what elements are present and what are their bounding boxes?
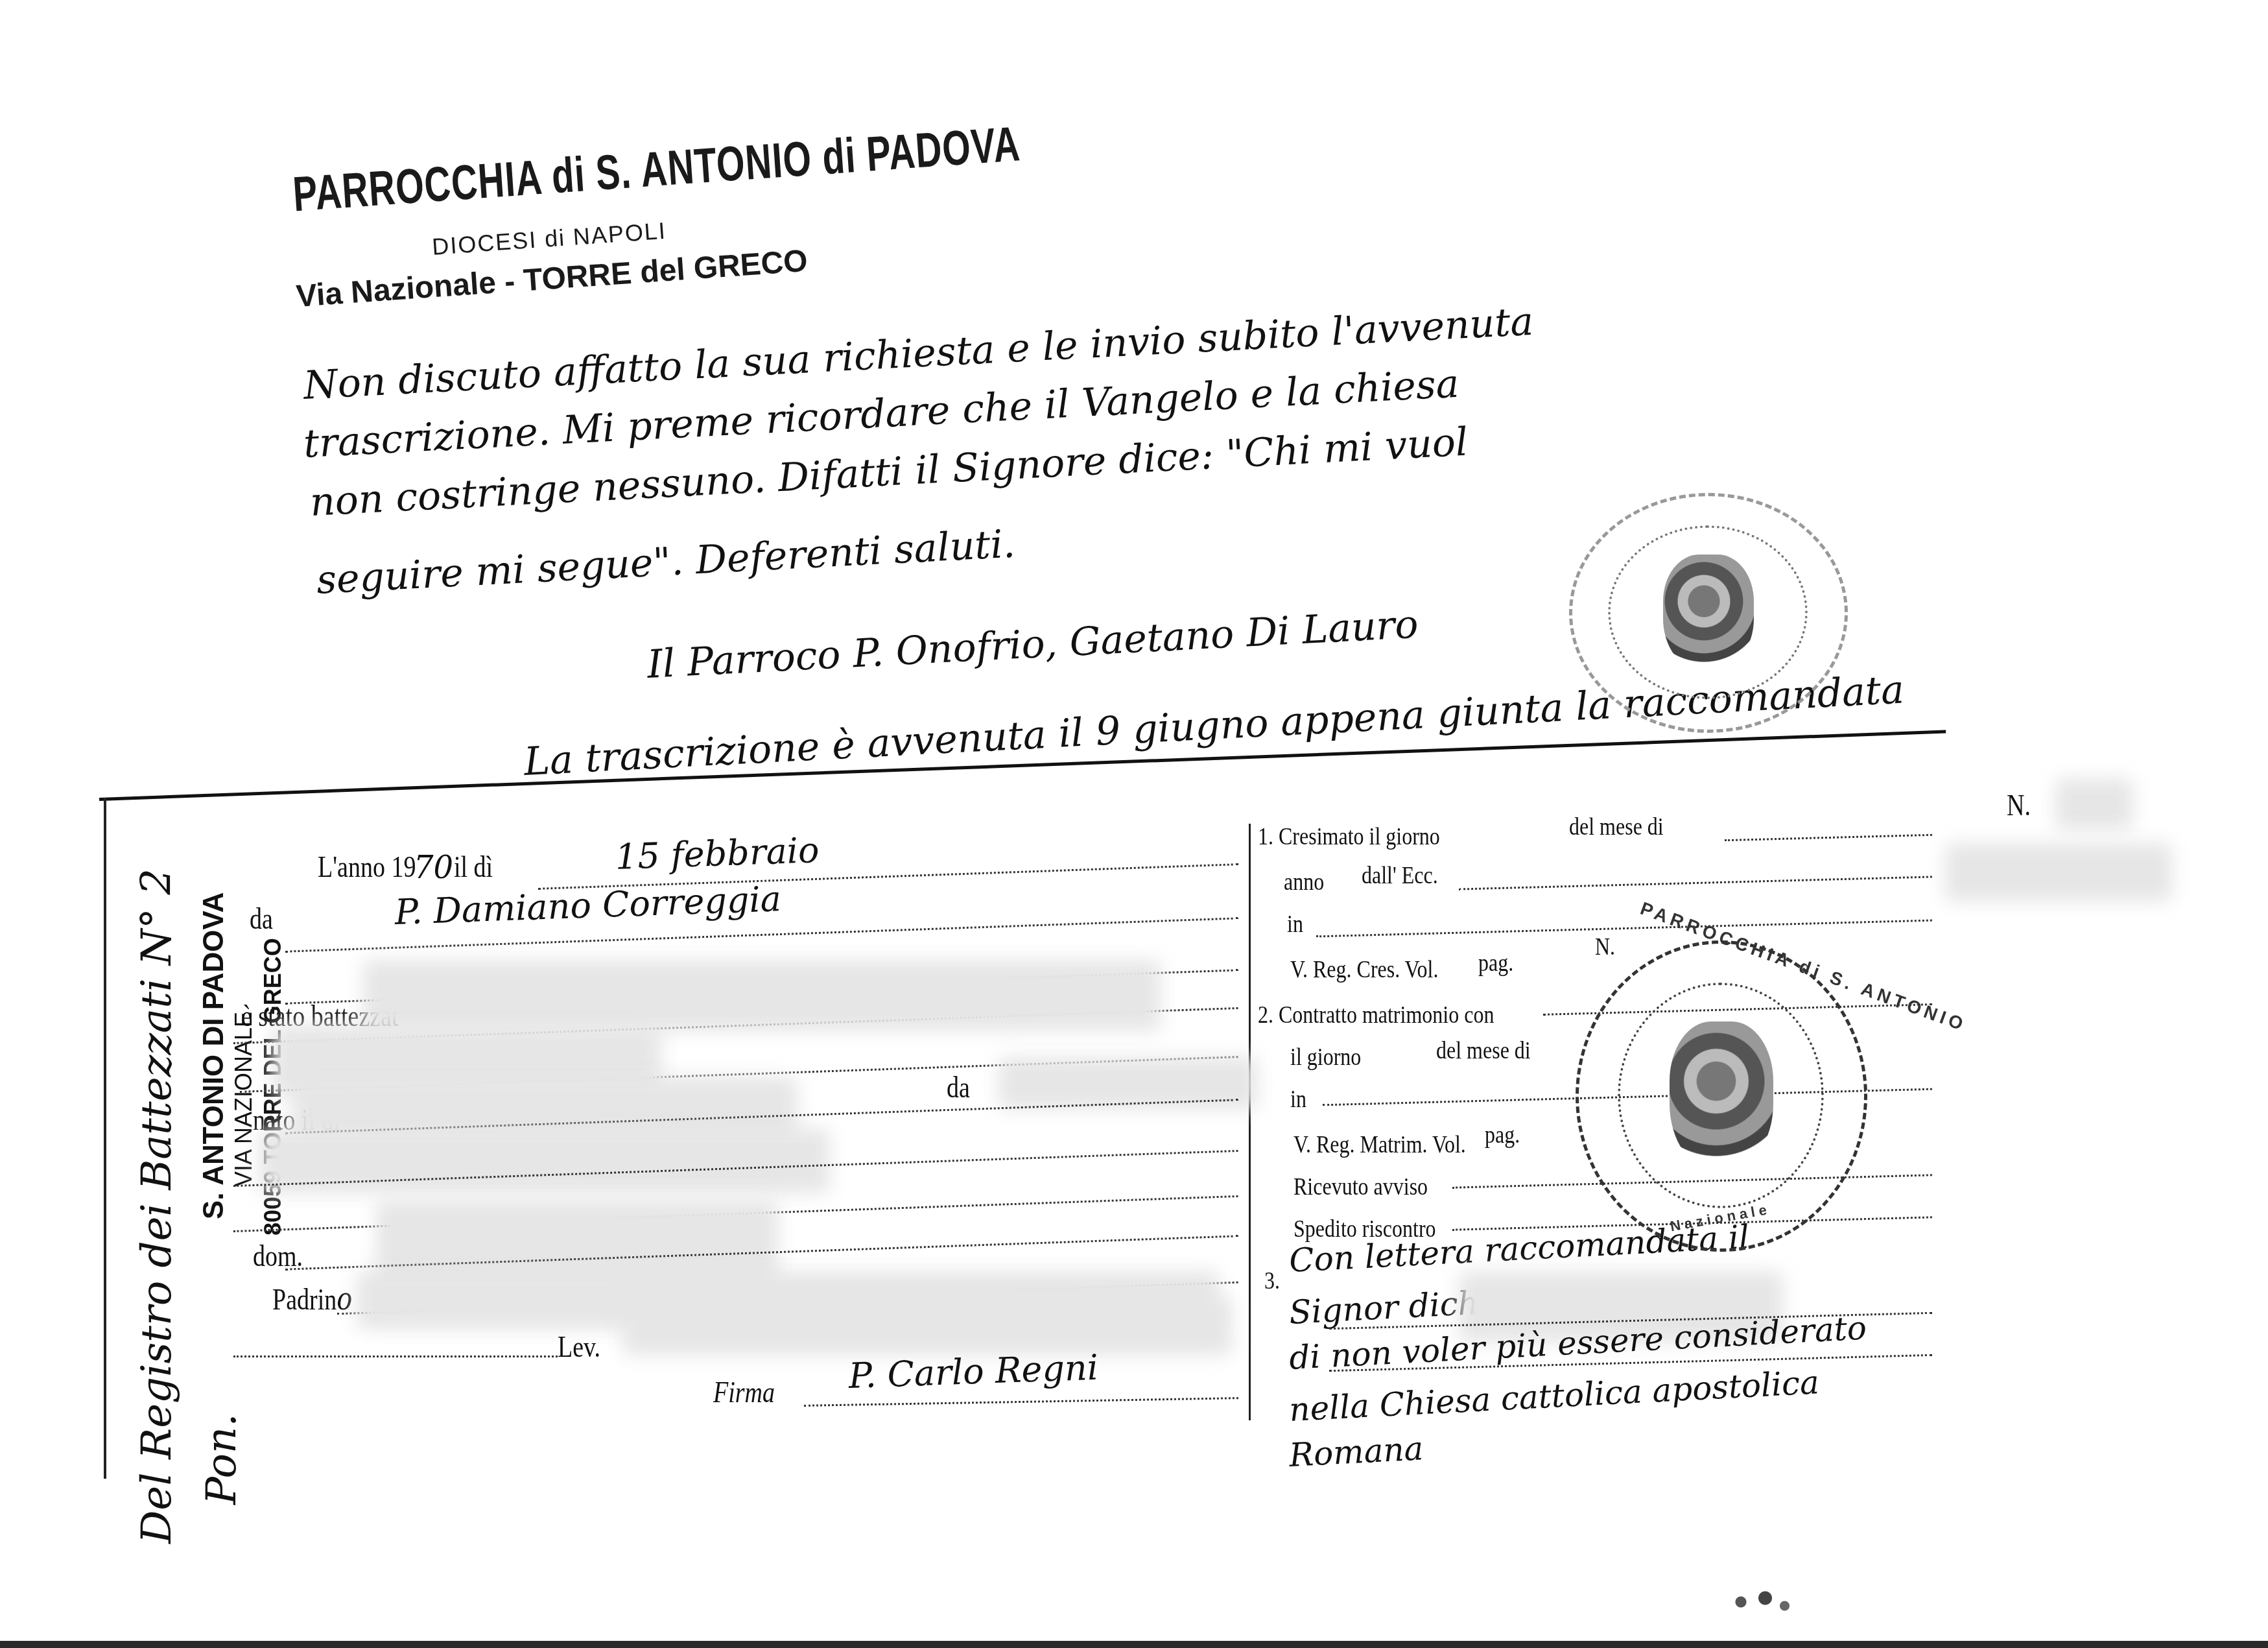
parish-seal-lower: PARROCCHIA di S. ANTONIO Nazionale <box>1576 940 1867 1252</box>
side-stamp-parish: S. ANTONIO DI PADOVA <box>198 892 230 1219</box>
redacted-baptized-name <box>363 960 1161 1031</box>
item2-month-label: del mese di <box>1436 1036 1531 1065</box>
item1-in-label: in <box>1287 910 1303 938</box>
year-label: L'anno 19 <box>318 850 416 885</box>
scan-bottom-edge <box>0 1641 2268 1648</box>
side-stamp-street: VIA NAZIONALE <box>230 1012 257 1187</box>
day-value: 15 febbraio <box>615 830 820 878</box>
midwife-label: Lev. <box>558 1330 600 1365</box>
item1-confirmed-label: 1. Cresimato il giorno <box>1258 822 1440 851</box>
letter-signature: Il Parroco P. Onofrio, Gaetano Di Lauro <box>646 602 1419 687</box>
register-annotation-pon: Pon. <box>198 1413 246 1505</box>
item1-bishop-label: dall' Ecc. <box>1362 861 1438 890</box>
item3-label: 3. <box>1264 1267 1280 1295</box>
item1-page-label: pag. <box>1478 949 1513 977</box>
redacted-record-number <box>2055 778 2133 830</box>
item3-line-5: Romana <box>1288 1429 1424 1474</box>
redacted-parents-line-2 <box>259 1129 830 1193</box>
ink-smudge <box>1712 1582 1809 1621</box>
item2-page-label: pag. <box>1485 1121 1520 1149</box>
letterhead-parish-name: PARROCCHIA di S. ANTONIO di PADOVA <box>291 115 1022 222</box>
item3-line-4: nella Chiesa cattolica apostolica <box>1288 1363 1820 1429</box>
day-label: il dì <box>454 850 493 885</box>
year-value: 70 <box>414 850 453 886</box>
item2-notice-label: Ricevuto avviso <box>1293 1173 1428 1201</box>
letterhead-address: Via Nazionale - TORRE del GRECO <box>295 243 809 315</box>
item1-register-label: V. Reg. Cres. Vol. <box>1290 955 1438 984</box>
redacted-record-name <box>1945 843 2172 902</box>
item2-day-label: il giorno <box>1290 1043 1361 1071</box>
officiant-value: P. Damiano Correggia <box>394 878 782 933</box>
parish-seal-upper <box>1569 493 1848 733</box>
redacted-midwife <box>622 1297 1232 1355</box>
item2-in-label: in <box>1290 1085 1306 1114</box>
item1-year-label: anno <box>1284 868 1324 896</box>
godparent-label-text: Padrin <box>272 1284 337 1316</box>
signature-value: P. Carlo Regni <box>848 1347 1099 1396</box>
item1-number-label: N. <box>1595 933 1615 961</box>
born-from-label: da <box>947 1071 970 1105</box>
form-left-border <box>104 798 106 1479</box>
form-divider <box>1249 824 1251 1420</box>
item2-register-label: V. Reg. Matrim. Vol. <box>1293 1130 1466 1159</box>
godparent-label: Padrino <box>272 1282 352 1317</box>
record-number-label: N. <box>2007 789 2031 823</box>
register-annotation: Del Registro dei Battezzati N° 2 <box>133 868 181 1544</box>
item2-marriage-label: 2. Contratto matrimonio con <box>1258 1001 1494 1029</box>
officiant-label: da <box>250 902 273 937</box>
letter-line-4: seguire mi segue". Deferenti saluti. <box>315 521 1016 603</box>
signature-label: Firma <box>713 1376 775 1410</box>
item1-month-label: del mese di <box>1569 813 1664 841</box>
letterhead-diocese: DIOCESI di NAPOLI <box>431 217 667 261</box>
